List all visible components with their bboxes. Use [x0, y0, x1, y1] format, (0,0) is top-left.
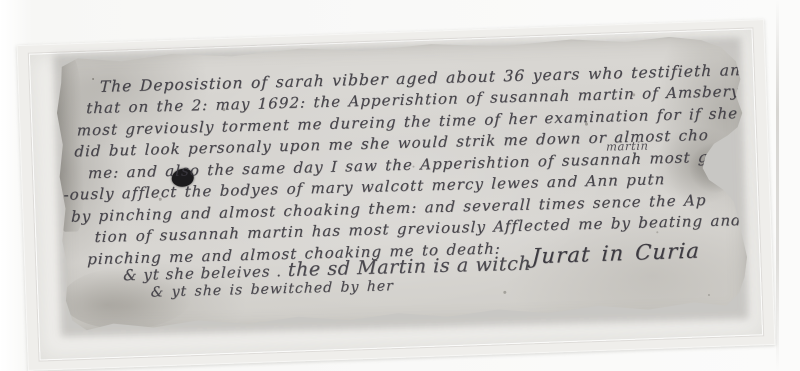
interlinear-insertion: martin	[606, 138, 649, 153]
foxing-speckles	[92, 78, 94, 80]
photograph-background: The Deposistion of sarah vibber aged abo…	[0, 0, 800, 371]
manuscript-paper: The Deposistion of sarah vibber aged abo…	[51, 33, 750, 337]
mat-edge-line	[776, 0, 779, 371]
